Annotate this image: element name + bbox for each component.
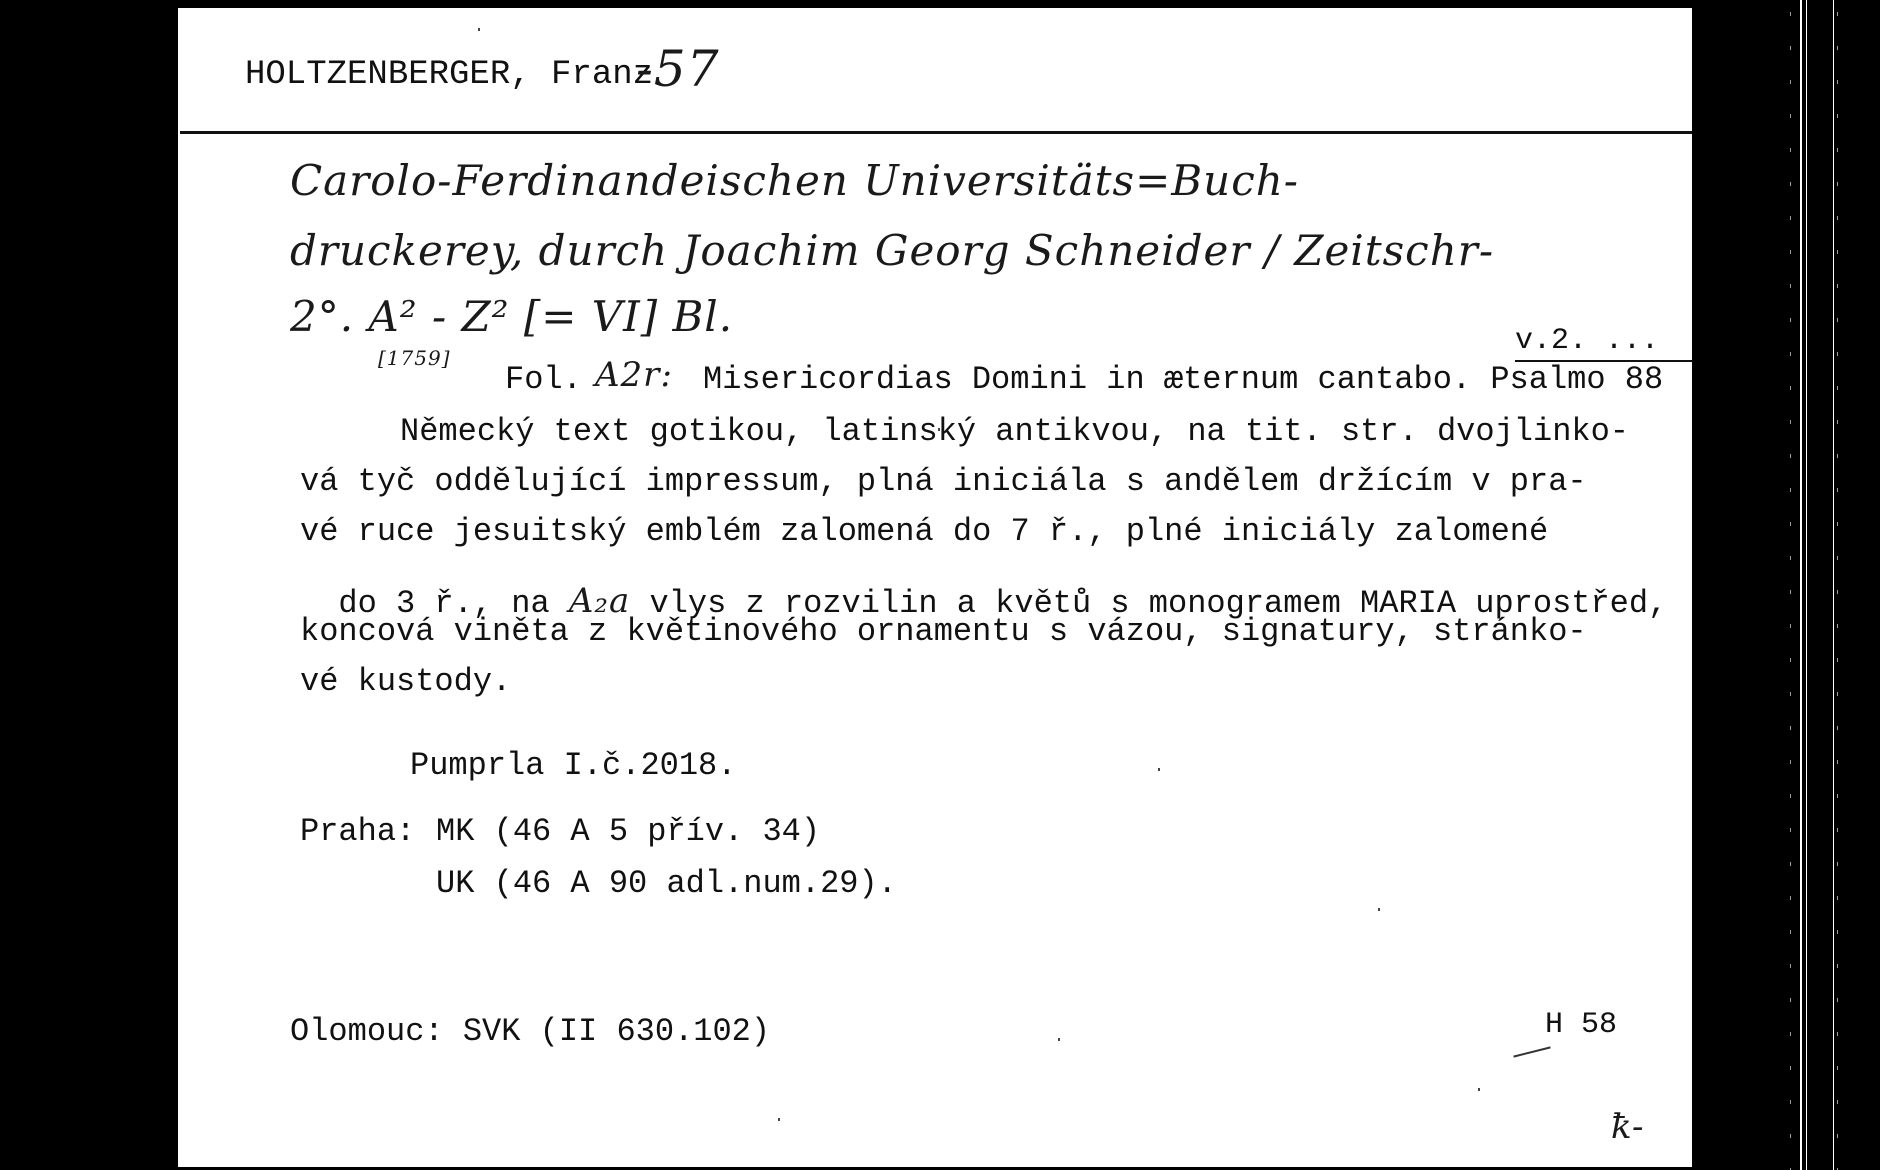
scan-edge-line: [1800, 0, 1802, 1170]
handwritten-imprint-line-2: druckerey, durch Joachim Georg Schneider…: [290, 230, 1494, 272]
description-line-2: vá tyč oddělující impressum, plná iniciá…: [300, 466, 1587, 498]
shelf-code: H 58: [1545, 1010, 1617, 1040]
holdings-praha-uk: UK (46 A 90 adl.num.29).: [436, 868, 897, 900]
handwritten-arrow-mark: [1513, 1046, 1550, 1057]
description-line-5: koncová viněta z květinového ornamentu s…: [300, 616, 1587, 648]
scan-edge-mark: [1790, 0, 1791, 1170]
scan-edge-mark: [1837, 0, 1838, 1170]
author-heading: HOLTZENBERGER, Franz: [245, 58, 653, 92]
bibliographic-reference: Pumprla I.č.2018.: [410, 750, 736, 782]
holdings-praha-label: Praha:: [300, 816, 415, 848]
handwritten-corner-mark: ꝁ-: [1611, 1110, 1645, 1144]
title-text: Misericordias Domini in æternum cantabo.…: [703, 364, 1663, 396]
catalog-card: HOLTZENBERGER, Franz -57 Carolo-Ferdinan…: [178, 8, 1692, 1167]
handwritten-card-number: -57: [636, 44, 720, 94]
handwritten-signature-mark: A2r:: [595, 358, 673, 392]
holdings-praha-mk: MK (46 A 5 přív. 34): [436, 816, 820, 848]
handwritten-imprint-line-1: Carolo-Ferdinandeischen Universitäts=Buc…: [290, 160, 1299, 202]
scan-edge-line: [1806, 0, 1807, 1170]
handwritten-year-note: [1759]: [378, 348, 451, 368]
handwritten-imprint-line-3: 2°. A² - Z² [= VI] Bl.: [290, 296, 733, 338]
volume-note: v.2. ...: [1515, 326, 1659, 356]
description-line-3: vé ruce jesuitský emblém zalomená do 7 ř…: [300, 516, 1548, 548]
title-prefix: Fol.: [505, 364, 582, 396]
description-line-6: vé kustody.: [300, 666, 511, 698]
header-divider: [180, 131, 1692, 134]
description-line-1: Německý text gotikou, latinský antikvou,…: [400, 416, 1629, 448]
holdings-olomouc: Olomouc: SVK (II 630.102): [290, 1016, 770, 1048]
scan-edge-line: [1833, 0, 1834, 1170]
